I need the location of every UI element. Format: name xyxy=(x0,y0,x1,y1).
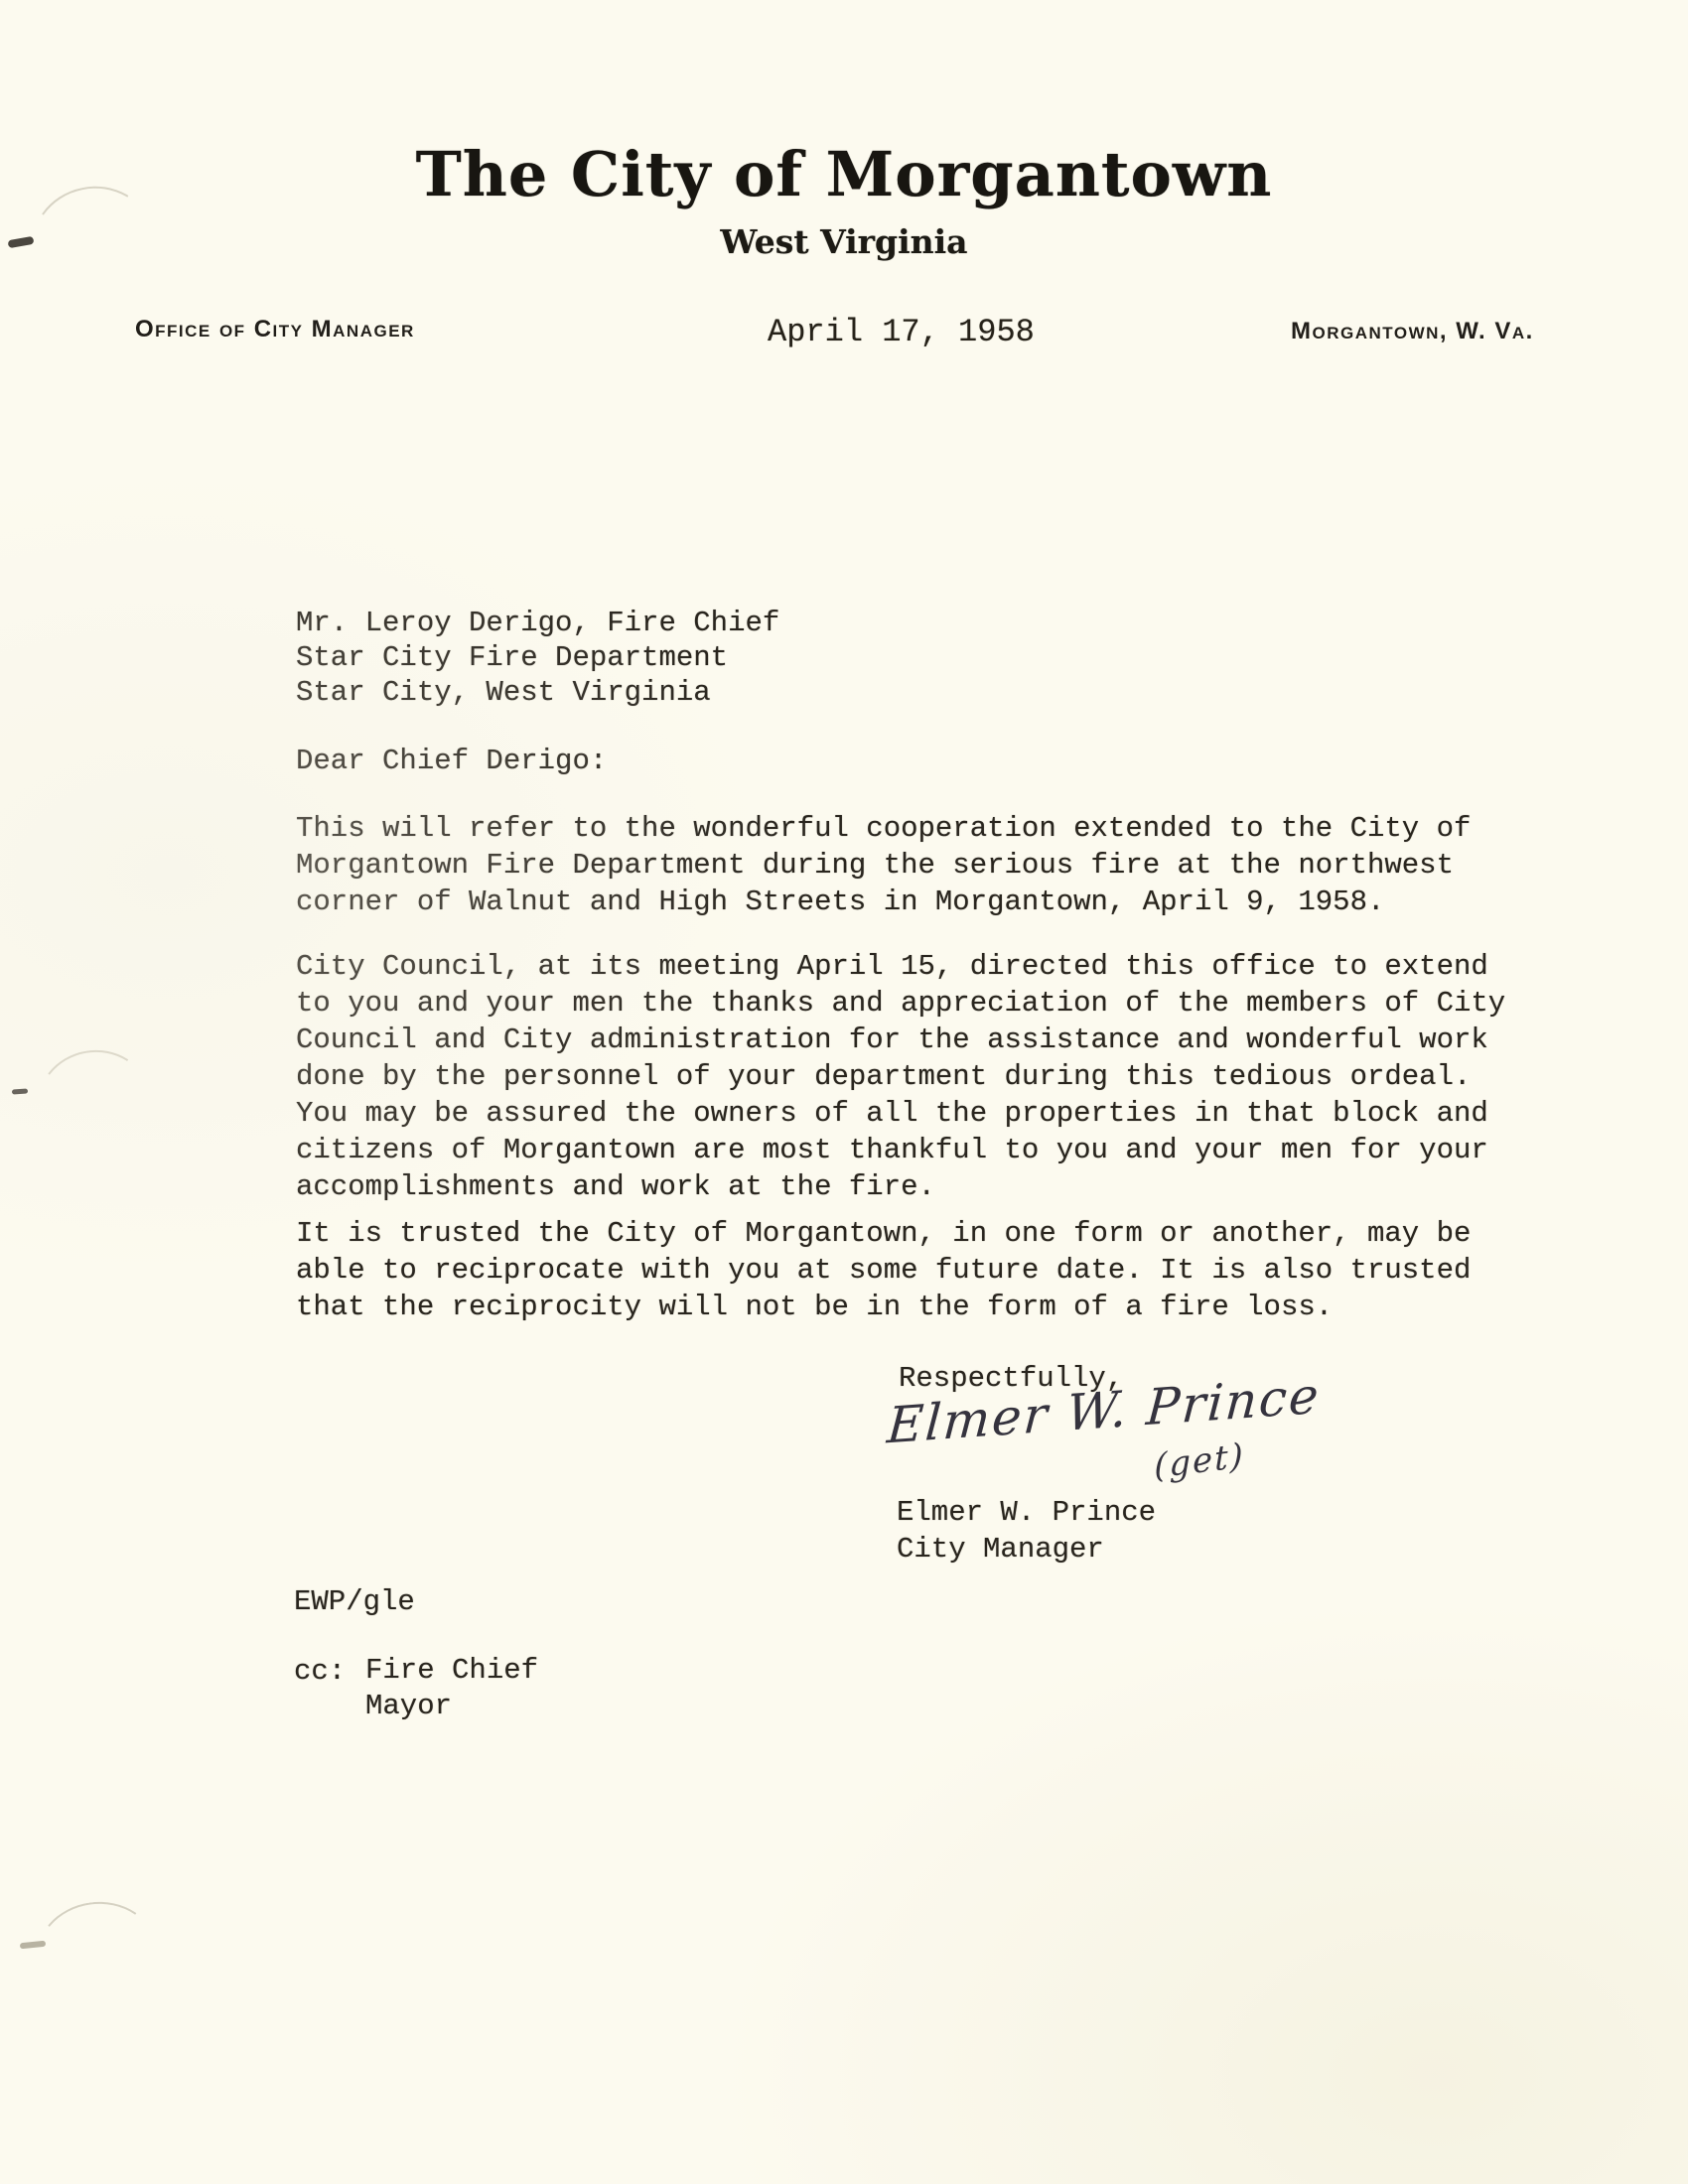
letterhead-title: The City of Morgantown xyxy=(0,141,1688,208)
body-paragraph-1: This will refer to the wonderful coopera… xyxy=(296,810,1471,920)
letterhead-city-label: Morgantown, W. Va. xyxy=(1291,318,1534,345)
punch-hole-arc-middle xyxy=(30,1041,159,1162)
recipient-address: Mr. Leroy Derigo, Fire Chief Star City F… xyxy=(296,606,779,710)
letterhead-office-label: Office of City Manager xyxy=(135,316,415,343)
letterhead-subtitle: West Virginia xyxy=(0,222,1688,261)
letter-page: The City of Morgantown West Virginia Off… xyxy=(0,0,1688,2184)
punch-hole-arc-bottom xyxy=(29,1894,166,2018)
body-paragraph-2: City Council, at its meeting April 15, d… xyxy=(296,948,1505,1205)
edge-ink-mark-middle xyxy=(12,1088,28,1094)
signature-annotation: (get) xyxy=(1154,1435,1245,1486)
cc-list: Fire Chief Mayor xyxy=(365,1653,538,1724)
letter-date: April 17, 1958 xyxy=(768,314,1035,350)
edge-ink-mark-bottom xyxy=(20,1941,46,1950)
cc-label: cc: xyxy=(294,1653,346,1690)
body-paragraph-3: It is trusted the City of Morgantown, in… xyxy=(296,1215,1471,1325)
signer-name: Elmer W. Prince xyxy=(897,1494,1156,1531)
signer-title: City Manager xyxy=(897,1531,1104,1568)
reference-initials: EWP/gle xyxy=(294,1583,415,1620)
salutation: Dear Chief Derigo: xyxy=(296,743,607,779)
